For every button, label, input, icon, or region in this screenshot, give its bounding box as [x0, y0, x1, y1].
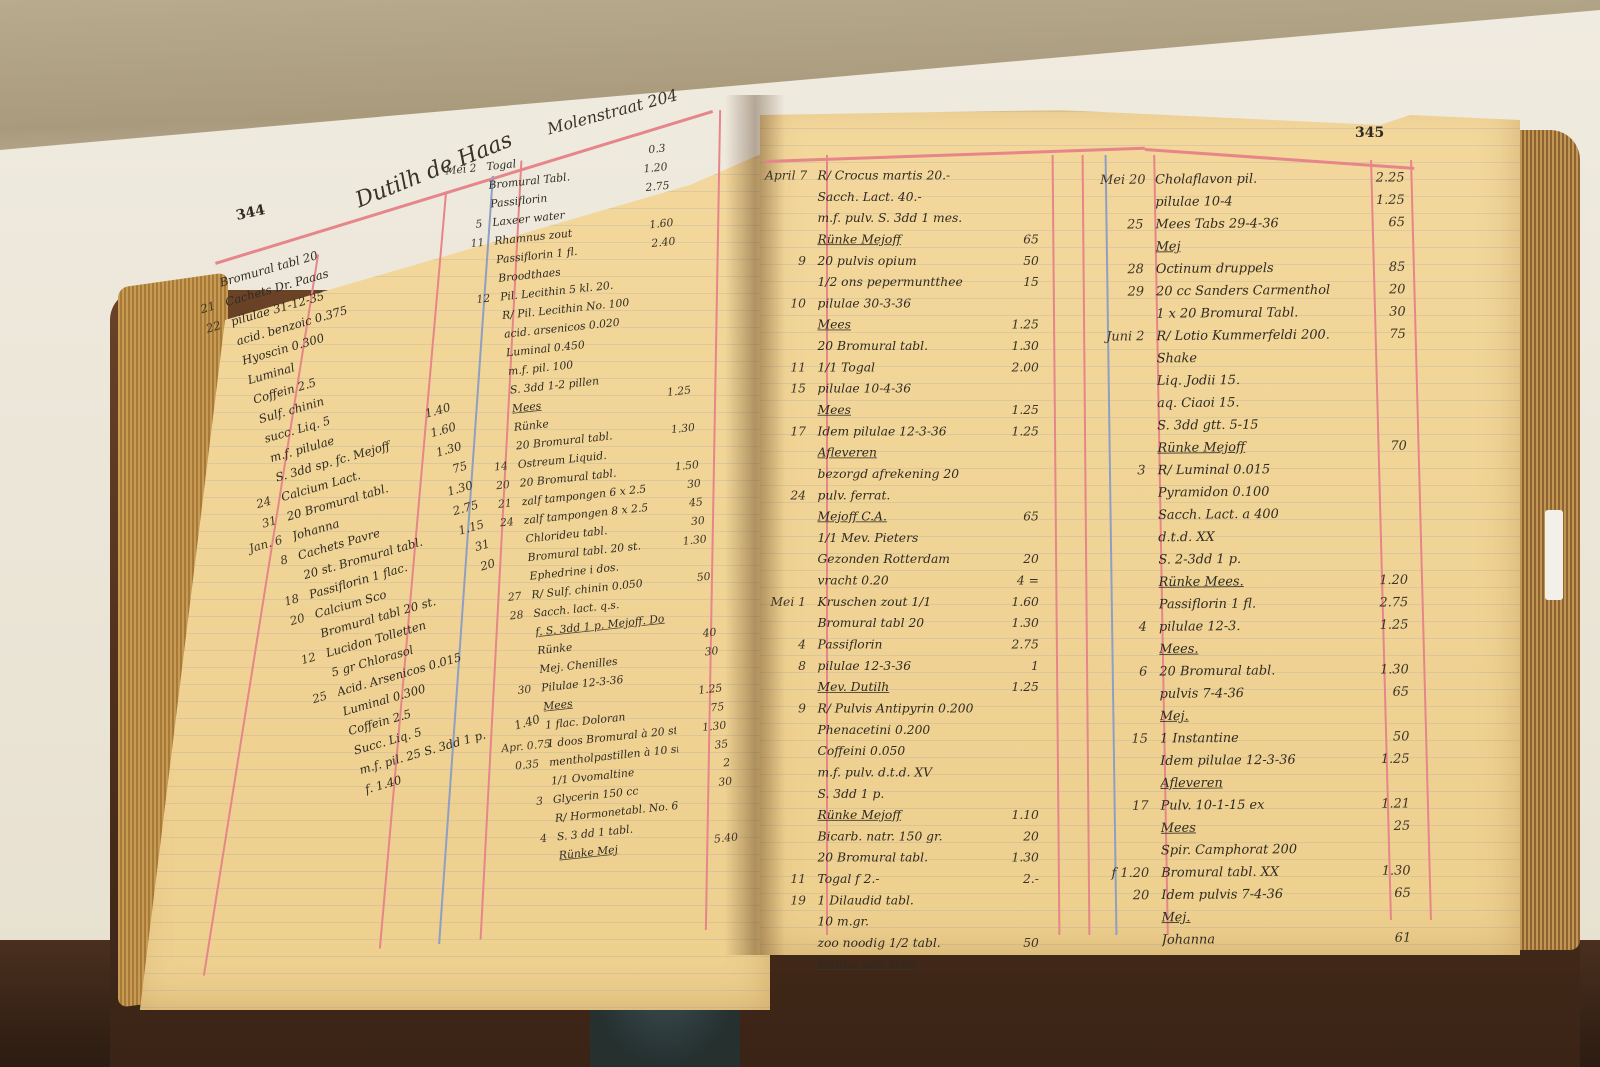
- ledger-entry: Gezonden Rotterdam20: [765, 552, 1039, 573]
- ledger-entry: April 7R/ Crocus martis 20.-: [765, 168, 1039, 189]
- ledger-entry: 191 Dilaudid tabl.: [765, 893, 1039, 914]
- ledger-entry: 17Pulv. 10-1-15 ex1.21: [1105, 795, 1410, 820]
- ledger-entry: 24pulv. ferrat.: [765, 488, 1039, 509]
- ledger-entry: 8pilulae 12-3-361: [765, 658, 1039, 679]
- page-number-right: 345: [1355, 125, 1384, 141]
- ledger-entry: Passiflorin 1 fl.2.75: [1104, 594, 1409, 619]
- ledger-entry: Mees.: [1104, 639, 1409, 664]
- ledger-entry: Bromural tabl 201.30: [765, 616, 1039, 637]
- ledger-entry: 3R/ Luminal 0.015: [1103, 460, 1408, 485]
- ledger-entry: d.t.d. XX: [1103, 527, 1408, 552]
- ledger-entry: Spir. Camphorat 200: [1106, 840, 1411, 865]
- ledger-entry: m.f. pulv. d.t.d. XV: [765, 765, 1039, 786]
- ledger-entry: Juni 2R/ Lotio Kummerfeldi 200.75: [1101, 326, 1406, 351]
- ledger-entry: 1/2 ons pepermuntthee15: [765, 275, 1039, 296]
- ledger-entry: Rünke Mejoff70: [1102, 438, 1407, 463]
- ledger-entry: S. 3dd 1 p.: [765, 786, 1039, 807]
- ledger-entry: Johanna61: [1107, 930, 1412, 955]
- ledger-entry: Mev. Dutilh1.25: [765, 680, 1039, 701]
- ledger-entry: Afleveren: [765, 445, 1039, 466]
- ledger-entry: Rünke aan Mev.: [765, 957, 1039, 978]
- ledger-entry: Rünke Mejoff1.10: [765, 808, 1039, 829]
- ledger-entry: Bicarb. natr. 150 gr.20: [765, 829, 1039, 850]
- ledger-entry: Liq. Jodii 15.: [1102, 371, 1407, 396]
- ledger-entry: Mej.: [1106, 907, 1411, 932]
- paper-tab-marker: [1545, 510, 1563, 600]
- ledger-entry: Mees1.25: [765, 403, 1039, 424]
- ledger-entry: m.f. pulv. S. 3dd 1 mes.: [765, 211, 1039, 232]
- ledger-entry: Pyramidon 0.100: [1103, 482, 1408, 507]
- ledger-entry: 2920 cc Sanders Carmenthol20: [1101, 281, 1406, 306]
- ledger-entry: Phenacetini 0.200: [765, 722, 1039, 743]
- ledger-entry: Sacch. Lact. a 400: [1103, 505, 1408, 530]
- ledger-entry: 10 m.gr.: [765, 914, 1039, 935]
- ledger-entry: Mej.: [1105, 706, 1410, 731]
- ledger-entry: Afleveren: [1105, 773, 1410, 798]
- ledger-entry: vracht 0.204 =: [765, 573, 1039, 594]
- ledger-entry: 10pilulae 30-3-36: [765, 296, 1039, 317]
- ledger-entry: pulvis 7-4-3665: [1104, 684, 1409, 709]
- ledger-entry: 111/1 Togal2.00: [765, 360, 1039, 381]
- ledger-entry: Mejoff C.A.65: [765, 509, 1039, 530]
- ledger-entry: 28Octinum druppels85: [1101, 259, 1406, 284]
- ledger-entry: 20 Bromural tabl.1.30: [765, 339, 1039, 360]
- ledger-entry: f 1.20Bromural tabl. XX1.30: [1106, 862, 1411, 887]
- ledger-entry: 4Passiflorin2.75: [765, 637, 1039, 658]
- right-page-right-column: Mei 20Cholaflavon pil.2.25 pilulae 10-41…: [1100, 169, 1411, 954]
- ledger-entry: 15pilulae 10-4-36: [765, 381, 1039, 402]
- ledger-entry: aq. Ciaoi 15.: [1102, 393, 1407, 418]
- ledger-entry: Mei 1Kruschen zout 1/11.60: [765, 594, 1039, 615]
- ledger-entry: 4pilulae 12-3.1.25: [1104, 617, 1409, 642]
- ledger-entry: Idem pilulae 12-3-361.25: [1105, 751, 1410, 776]
- ledger-entry: 9R/ Pulvis Antipyrin 0.200: [765, 701, 1039, 722]
- ledger-entry: 151 Instantine50: [1105, 728, 1410, 753]
- ledger-entry: S. 2-3dd 1 p.: [1103, 549, 1408, 574]
- ledger-entry: 20Idem pulvis 7-4-3665: [1106, 885, 1411, 910]
- ledger-entry: 1/1 Mev. Pieters: [765, 530, 1039, 551]
- ledger-entry: pilulae 10-41.25: [1100, 192, 1405, 217]
- ledger-entry: bezorgd afrekening 20: [765, 466, 1039, 487]
- ledger-entry: 25Mees Tabs 29-4-3665: [1100, 214, 1405, 239]
- ledger-entry: Sacch. Lact. 40.-: [765, 189, 1039, 210]
- ledger-entry: 20 Bromural tabl.1.30: [765, 850, 1039, 871]
- ledger-entry: 620 Bromural tabl.1.30: [1104, 661, 1409, 686]
- ledger-entry: 1 x 20 Bromural Tabl.30: [1101, 303, 1406, 328]
- ledger-entry: Mees1.25: [765, 317, 1039, 338]
- ledger-entry: Rünke Mejoff65: [765, 232, 1039, 253]
- ledger-entry: zoo noodig 1/2 tabl.50: [765, 936, 1039, 957]
- ledger-entry: Mees25: [1106, 818, 1411, 843]
- ledger-entry: Mei 20Cholaflavon pil.2.25: [1100, 169, 1405, 194]
- ledger-entry: Mej: [1101, 236, 1406, 261]
- ledger-entry: Rünke Mees.1.20: [1104, 572, 1409, 597]
- ledger-entry: Coffeini 0.050: [765, 744, 1039, 765]
- right-page-left-column: April 7R/ Crocus martis 20.- Sacch. Lact…: [765, 168, 1039, 978]
- ledger-entry: 11Togal f 2.-2.-: [765, 872, 1039, 893]
- ledger-entry: 920 pulvis opium50: [765, 253, 1039, 274]
- ledger-entry: S. 3dd gtt. 5-15: [1102, 415, 1407, 440]
- ledger-entry: Shake: [1102, 348, 1407, 373]
- ledger-entry: 17Idem pilulae 12-3-361.25: [765, 424, 1039, 445]
